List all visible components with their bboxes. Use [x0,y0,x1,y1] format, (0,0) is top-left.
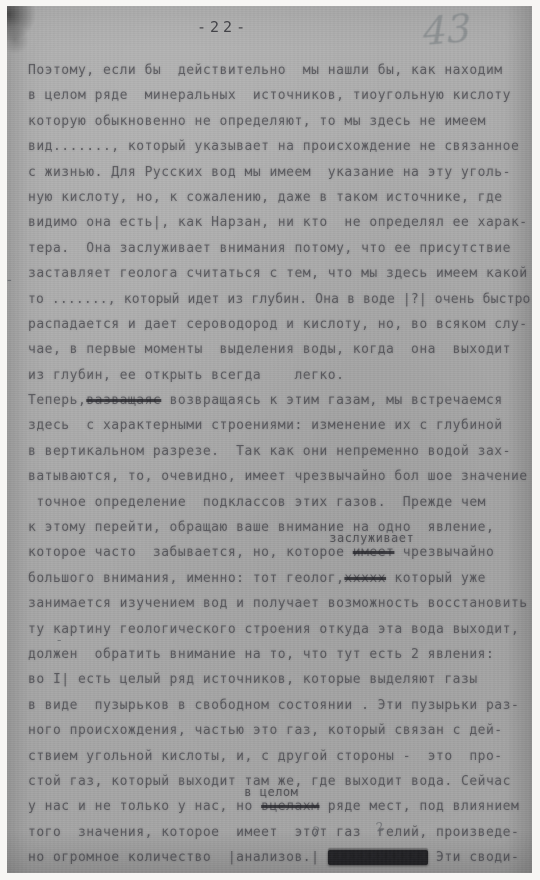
text-segment: которое часто забывается, но, которое [28,545,353,560]
typed-line: из глубин, ее открыть всегда легко. [28,363,532,388]
text-segment: ватываются, то, очевидно, имеет чрезвыча… [28,469,528,484]
handwritten-folio-number: 43 [423,6,472,54]
text-segment: тера. Она заслуживает внимания потому, ч… [28,241,511,256]
text-segment: которую обыкновенно не определяют, то мы… [28,114,486,129]
text-segment: но огромное количество |анализов.| [28,850,328,865]
text-segment: то ......., который идет из глубин. Она … [28,292,531,307]
text-segment: ствием угольной кислоты, и, с другой сто… [28,749,503,764]
scanned-page: -22- 43 Поэтому, если бы действительно м… [7,6,532,873]
typed-line: чае, в первые моменты выделения воды, ко… [28,337,532,362]
text-segment: который уже [386,571,486,586]
text-segment: заслуживает [28,531,414,545]
text-segment: ту картину геологического строения откуд… [28,622,519,637]
typed-line: должен обратить внимание на то, что тут … [28,642,532,667]
text-segment: точное определение подклассов этих газов… [28,495,486,510]
struck-text: имеет [353,545,395,560]
text-segment: из глубин, ее открыть всегда легко. [28,368,344,383]
typed-line: ватываются, то, очевидно, имеет чрезвыча… [28,464,532,489]
typed-line: занимается изучением вод и получает возм… [28,591,532,616]
typed-line: точное определение подклассов этих газов… [28,490,532,515]
text-segment: в целом [28,785,298,799]
text-segment: в виде пузырьков в свободном состоянии .… [28,698,519,713]
text-segment: заставляет геолога считаться с тем, что … [28,266,528,281]
struck-text: вцелахм [261,799,319,814]
text-segment: распадается и дает сероводород и кислоту… [28,317,528,332]
typed-line: вид......., который указывает на происхо… [28,134,532,159]
scan-white-border: -22- 43 Поэтому, если бы действительно м… [0,0,540,880]
text-segment: в целом ряде минеральных источников, тио… [28,88,511,103]
text-segment: в вертикальном разрезе. Так как они непр… [28,444,511,459]
typed-line: распадается и дает сероводород и кислоту… [28,312,532,337]
text-segment: во I| есть целый ряд источников, которые… [28,672,478,687]
typed-line: ную кислоту, но, к сожалению, даже в так… [28,185,532,210]
text-segment: Эти своди- [428,850,520,865]
typed-line: ного происхождения, частью это газ, кото… [28,718,532,743]
typed-line: но огромное количество |анализов.| ХХХХХ… [28,845,532,870]
typed-line: ту картину геологического строения откуд… [28,617,532,642]
text-segment: возвращаясь к этим газам, мы встречаемся [161,393,502,408]
page-number: -22- [197,18,249,36]
typed-line: видимо она есть|, как Нарзан, ни кто не … [28,210,532,235]
typed-line: большого внимания, именно: тот геолог,хх… [28,566,532,591]
typed-line: тера. Она заслуживает внимания потому, ч… [28,236,532,261]
text-segment: чрезвычайно [394,545,494,560]
typed-line: того значения, которое имеет этот газ ге… [28,820,532,845]
typed-line: с жизнью. Для Русских вод мы имеем указа… [28,160,532,185]
typed-line: которую обыкновенно не определяют, то мы… [28,109,532,134]
text-segment: видимо она есть|, как Нарзан, ни кто не … [28,215,528,230]
typed-line: то ......., который идет из глубин. Она … [28,287,532,312]
text-segment: занимается изучением вод и получает возм… [28,596,528,611]
typed-line: ствием угольной кислоты, и, с другой сто… [28,744,532,769]
text-segment: у нас и не только у нас, но [28,799,261,814]
text-segment: должен обратить внимание на то, что тут … [28,647,494,662]
text-segment: ряде мест, под влиянием [319,799,519,814]
typed-line: Теперь,вазващаяс возвращаясь к этим газа… [28,388,532,413]
pencil-correction-dash: - [57,633,61,648]
typed-line: в виде пузырьков в свободном состоянии .… [28,693,532,718]
typed-text-block: Поэтому, если бы действительно мы нашли … [28,58,532,871]
typed-line: здесь с характерными строениями: изменен… [28,413,532,438]
typed-line: в целом ряде минеральных источников, тио… [28,83,532,108]
typed-line: в вертикальном разрезе. Так как они непр… [28,439,532,464]
struck-text: ххххх [344,571,386,586]
text-segment: Поэтому, если бы действительно мы нашли … [28,63,503,78]
pencil-margin-dash: - [7,272,12,288]
typed-line: заставляет геолога считаться с тем, что … [28,261,532,286]
struck-text: вазващаяс [86,393,161,408]
text-segment: здесь с характерными строениями: изменен… [28,418,503,433]
text-segment: того значения, которое имеет этот газ ге… [28,825,519,840]
text-segment: большого внимания, именно: тот геолог, [28,571,344,586]
text-segment: Теперь, [28,393,86,408]
redacted-text: ХХХХХХХХХХХХ [328,850,428,865]
typed-line: во I| есть целый ряд источников, которые… [28,667,532,692]
text-segment: ную кислоту, но, к сожалению, даже в так… [28,190,503,205]
typed-line: Поэтому, если бы действительно мы нашли … [28,58,532,83]
text-segment: чае, в первые моменты выделения воды, ко… [28,342,511,357]
text-segment: с жизнью. Для Русских вод мы имеем указа… [28,165,511,180]
text-segment: ного происхождения, частью это газ, кото… [28,723,503,738]
text-segment: вид......., который указывает на происхо… [28,139,519,154]
